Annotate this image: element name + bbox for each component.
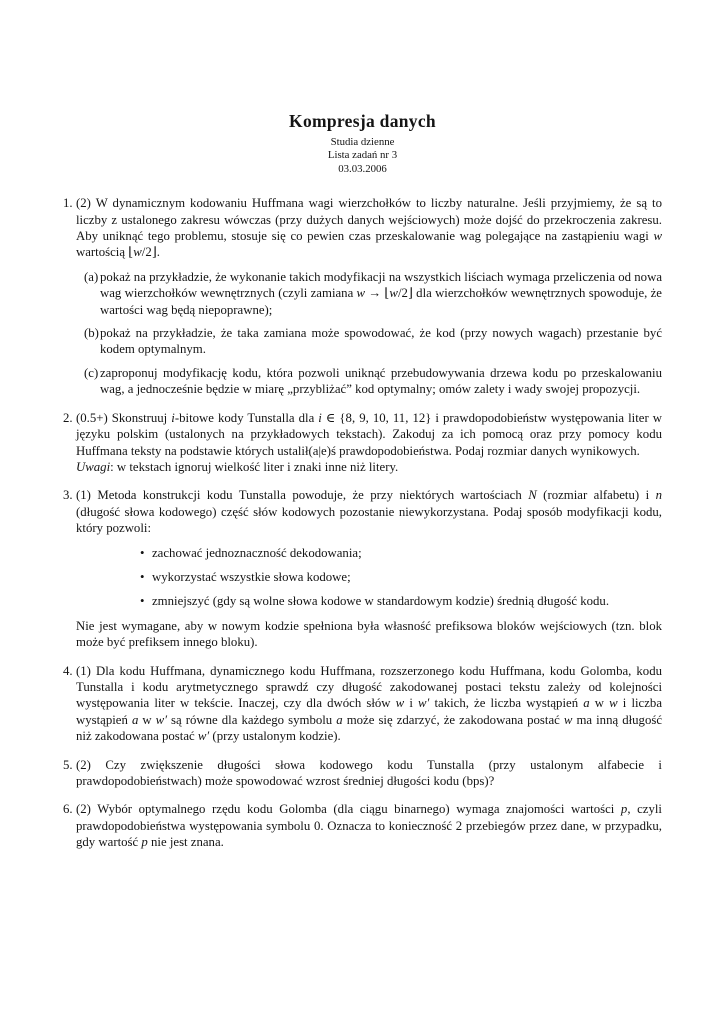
bullet-text: wykorzystać wszystkie słowa kodowe;: [152, 569, 662, 585]
subitem-b: (b) pokaż na przykładzie, że taka zamian…: [84, 325, 662, 358]
bullet-list: • zachować jednoznaczność dekodowania; •…: [140, 545, 662, 610]
problem-number: 3.: [63, 487, 76, 650]
problem-note: Uwagi: w tekstach ignoruj wielkość liter…: [76, 459, 662, 475]
problem-text: (1) Dla kodu Huffmana, dynamicznego kodu…: [76, 663, 662, 745]
problem-note: Nie jest wymagane, aby w nowym kodzie sp…: [76, 618, 662, 651]
problem-6: 6. (2) Wybór optymalnego rzędu kodu Golo…: [63, 801, 662, 850]
bullet-icon: •: [140, 545, 152, 561]
problem-text: (0.5+) Skonstruuj i-bitowe kody Tunstall…: [76, 410, 662, 459]
bullet-icon: •: [140, 593, 152, 609]
problem-1-subitems: (a) pokaż na przykładzie, że wykonanie t…: [84, 269, 662, 398]
subitem-c: (c) zaproponuj modyfikację kodu, która p…: [84, 365, 662, 398]
subitem-label: (a): [84, 269, 100, 318]
problem-2: 2. (0.5+) Skonstruuj i-bitowe kody Tunst…: [63, 410, 662, 476]
problem-list: 1. (2) W dynamicznym kodowaniu Huffmana …: [63, 195, 662, 850]
subitem-label: (c): [84, 365, 100, 398]
problem-1: 1. (2) W dynamicznym kodowaniu Huffmana …: [63, 195, 662, 397]
subitem-a: (a) pokaż na przykładzie, że wykonanie t…: [84, 269, 662, 318]
bullet-text: zachować jednoznaczność dekodowania;: [152, 545, 662, 561]
bullet-item: • zachować jednoznaczność dekodowania;: [140, 545, 662, 561]
bullet-item: • zmniejszyć (gdy są wolne słowa kodowe …: [140, 593, 662, 609]
bullet-item: • wykorzystać wszystkie słowa kodowe;: [140, 569, 662, 585]
problem-number: 5.: [63, 757, 76, 790]
page-title: Kompresja danych: [63, 112, 662, 131]
subitem-text: zaproponuj modyfikację kodu, która pozwo…: [100, 365, 662, 398]
bullet-text: zmniejszyć (gdy są wolne słowa kodowe w …: [152, 593, 662, 609]
subtitle-course: Studia dzienne: [63, 136, 662, 149]
subtitle-date: 03.03.2006: [63, 163, 662, 176]
subtitle-list-name: Lista zadań nr 3: [63, 149, 662, 162]
bullet-icon: •: [140, 569, 152, 585]
problem-text: (2) Wybór optymalnego rzędu kodu Golomba…: [76, 801, 662, 850]
title-block: Kompresja danych Studia dzienne Lista za…: [63, 112, 662, 176]
problem-5: 5. (2) Czy zwiększenie długości słowa ko…: [63, 757, 662, 790]
problem-4: 4. (1) Dla kodu Huffmana, dynamicznego k…: [63, 663, 662, 745]
problem-text: (2) W dynamicznym kodowaniu Huffmana wag…: [76, 195, 662, 261]
problem-3: 3. (1) Metoda konstrukcji kodu Tunstalla…: [63, 487, 662, 650]
document-page: Kompresja danych Studia dzienne Lista za…: [0, 0, 724, 1024]
problem-number: 6.: [63, 801, 76, 850]
subitem-text: pokaż na przykładzie, że taka zamiana mo…: [100, 325, 662, 358]
problem-text: (1) Metoda konstrukcji kodu Tunstalla po…: [76, 487, 662, 536]
problem-number: 1.: [63, 195, 76, 397]
problem-number: 4.: [63, 663, 76, 745]
subitem-label: (b): [84, 325, 100, 358]
problem-number: 2.: [63, 410, 76, 476]
subitem-text: pokaż na przykładzie, że wykonanie takic…: [100, 269, 662, 318]
problem-text: (2) Czy zwiększenie długości słowa kodow…: [76, 757, 662, 790]
